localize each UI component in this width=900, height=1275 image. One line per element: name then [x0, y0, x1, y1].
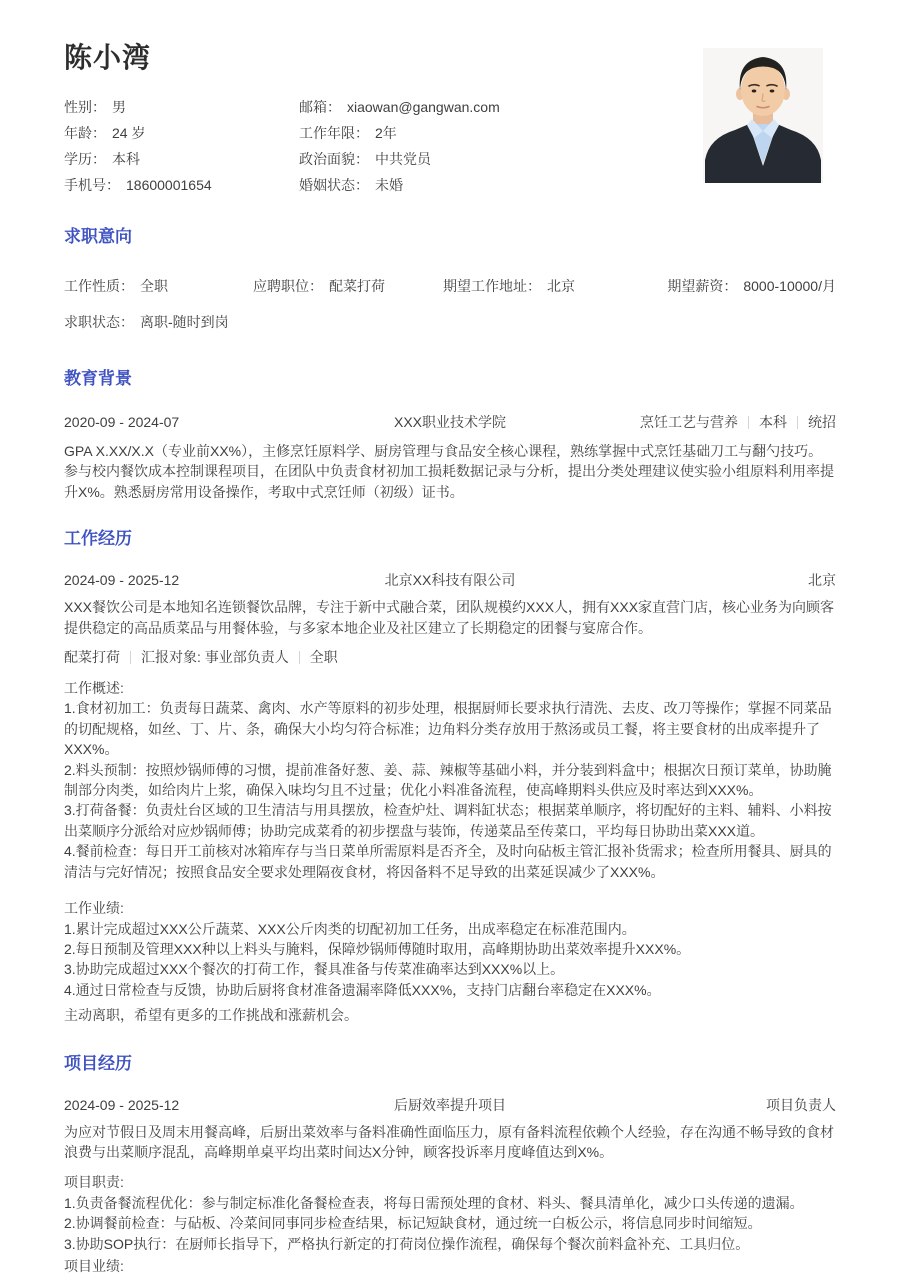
- work-position: 配菜打荷: [64, 647, 120, 667]
- info-field-gender: 性别： 男: [64, 94, 299, 120]
- section-job-intent: 求职意向 工作性质： 全职 应聘职位： 配菜打荷 期望工作地址： 北京 期望薪资…: [64, 226, 836, 332]
- info-label: 年龄：: [64, 123, 106, 143]
- info-value: 未婚: [375, 175, 403, 195]
- intent-field-position: 应聘职位： 配菜打荷: [253, 276, 443, 296]
- section-title-job-intent: 求职意向: [64, 226, 836, 248]
- info-label: 学历：: [64, 149, 106, 169]
- project-role: 项目负责人: [766, 1095, 836, 1115]
- section-title-work: 工作经历: [64, 528, 836, 550]
- work-employment-type: 全职: [310, 647, 338, 667]
- info-field-age: 年龄： 24 岁: [64, 120, 299, 146]
- work-position-row: 配菜打荷 汇报对象: 事业部负责人 全职: [64, 647, 836, 667]
- education-tags: 烹饪工艺与营养 本科 统招: [640, 412, 836, 432]
- work-leave-note: 主动离职，希望有更多的工作挑战和涨薪机会。: [64, 1005, 836, 1025]
- info-value: 18600001654: [126, 177, 212, 193]
- work-overview-item: 1.食材初加工：负责每日蔬菜、禽肉、水产等原料的初步处理，根据厨师长要求执行清洗…: [64, 698, 836, 759]
- info-value: 本科: [112, 149, 140, 169]
- info-label: 邮箱：: [299, 97, 341, 117]
- work-date: 2024-09 - 2025-12: [64, 570, 179, 590]
- job-intent-row: 工作性质： 全职 应聘职位： 配菜打荷 期望工作地址： 北京 期望薪资： 800…: [64, 276, 836, 296]
- intent-label: 期望薪资：: [667, 276, 737, 296]
- work-overview-item: 3.打荷备餐：负责灶台区域的卫生清洁与用具摆放，检查炉灶、调料缸状态；根据菜单顺…: [64, 800, 836, 841]
- work-company: 北京XX科技有限公司: [385, 570, 516, 590]
- divider: [748, 416, 749, 429]
- intent-field-status: 求职状态： 离职-随时到岗: [64, 312, 836, 332]
- education-description: GPA X.XX/X.X（专业前XX%），主修烹饪原料学、厨房管理与食品安全核心…: [64, 441, 836, 502]
- intent-value: 配菜打荷: [329, 276, 385, 296]
- project-results-title: 项目业绩:: [64, 1256, 836, 1275]
- intent-value: 离职-随时到岗: [140, 312, 229, 332]
- info-value: 男: [112, 97, 126, 117]
- intent-field-work-type: 工作性质： 全职: [64, 276, 253, 296]
- intent-value: 8000-10000/月: [743, 276, 836, 296]
- info-value: 2年: [375, 123, 397, 143]
- intent-label: 期望工作地址：: [443, 276, 541, 296]
- work-report-line: 汇报对象: 事业部负责人: [141, 647, 289, 667]
- info-label: 工作年限：: [299, 123, 369, 143]
- portrait-photo: [703, 48, 823, 183]
- info-label: 婚姻状态：: [299, 175, 369, 195]
- education-degree: 本科: [759, 412, 787, 432]
- section-project-experience: 项目经历 2024-09 - 2025-12 后厨效率提升项目 项目负责人 为应…: [64, 1053, 836, 1275]
- work-location: 北京: [808, 570, 836, 590]
- divider: [130, 651, 131, 664]
- project-name: 后厨效率提升项目: [394, 1095, 506, 1115]
- info-value: 中共党员: [375, 149, 431, 169]
- project-duties-title: 项目职责:: [64, 1172, 836, 1192]
- education-major: 烹饪工艺与营养: [640, 412, 738, 432]
- intent-label: 应聘职位：: [253, 276, 323, 296]
- info-field-experience-years: 工作年限： 2年: [299, 120, 500, 146]
- intent-value: 北京: [547, 276, 575, 296]
- education-school: XXX职业技术学院: [394, 412, 506, 432]
- section-title-project: 项目经历: [64, 1053, 836, 1075]
- section-work-experience: 工作经历 2024-09 - 2025-12 北京XX科技有限公司 北京 XXX…: [64, 528, 836, 1025]
- resume-page: 陈小湾 性别： 男 邮箱： xiaowan@gangwan.com 年龄： 24…: [0, 0, 900, 1275]
- info-field-marital-status: 婚姻状态： 未婚: [299, 172, 500, 198]
- info-label: 手机号：: [64, 175, 120, 195]
- work-company-intro: XXX餐饮公司是本地知名连锁餐饮品牌，专注于新中式融合菜，团队规模约XXX人，拥…: [64, 597, 836, 638]
- project-duties-block: 项目职责: 1.负责备餐流程优化：参与制定标准化备餐检查表，将每日需预处理的食材…: [64, 1172, 836, 1254]
- info-field-education: 学历： 本科: [64, 146, 299, 172]
- work-overview-item: 4.餐前检查：每日开工前核对冰箱库存与当日菜单所需原料是否齐全，及时向砧板主管汇…: [64, 841, 836, 882]
- intent-value: 全职: [140, 276, 168, 296]
- work-overview-item: 2.料头预制：按照炒锅师傅的习惯，提前准备好葱、姜、蒜、辣椒等基础小料，并分装到…: [64, 760, 836, 801]
- intent-field-location: 期望工作地址： 北京: [443, 276, 667, 296]
- project-duty-item: 2.协调餐前检查：与砧板、冷菜间同事同步检查结果，标记短缺食材，通过统一白板公示…: [64, 1213, 836, 1233]
- info-value: xiaowan@gangwan.com: [347, 99, 500, 115]
- intent-label: 求职状态：: [64, 312, 134, 332]
- work-result-item: 1.累计完成超过XXX公斤蔬菜、XXX公斤肉类的切配初加工任务，出成率稳定在标准…: [64, 919, 836, 939]
- work-overview-block: 工作概述: 1.食材初加工：负责每日蔬菜、禽肉、水产等原料的初步处理，根据厨师长…: [64, 678, 836, 882]
- section-education: 教育背景 2020-09 - 2024-07 XXX职业技术学院 烹饪工艺与营养…: [64, 368, 836, 502]
- project-meta-row: 2024-09 - 2025-12 后厨效率提升项目 项目负责人: [64, 1095, 836, 1115]
- work-result-item: 4.通过日常检查与反馈，协助后厨将食材准备遗漏率降低XXX%，支持门店翻台率稳定…: [64, 980, 836, 1000]
- info-field-email: 邮箱： xiaowan@gangwan.com: [299, 94, 500, 120]
- project-duty-item: 3.协助SOP执行：在厨师长指导下，严格执行新定的打荷岗位操作流程，确保每个餐次…: [64, 1234, 836, 1254]
- portrait-photo-illustration: [703, 48, 823, 183]
- info-field-phone: 手机号： 18600001654: [64, 172, 299, 198]
- project-duty-item: 1.负责备餐流程优化：参与制定标准化备餐检查表，将每日需预处理的食材、料头、餐具…: [64, 1193, 836, 1213]
- divider: [299, 651, 300, 664]
- work-results-block: 工作业绩: 1.累计完成超过XXX公斤蔬菜、XXX公斤肉类的切配初加工任务，出成…: [64, 898, 836, 1000]
- info-label: 性别：: [64, 97, 106, 117]
- work-overview-title: 工作概述:: [64, 678, 836, 698]
- work-results-title: 工作业绩:: [64, 898, 836, 918]
- project-background: 为应对节假日及周末用餐高峰，后厨出菜效率与备料准确性面临压力，原有备料流程依赖个…: [64, 1122, 836, 1163]
- info-field-political-status: 政治面貌： 中共党员: [299, 146, 500, 172]
- education-meta-row: 2020-09 - 2024-07 XXX职业技术学院 烹饪工艺与营养 本科 统…: [64, 412, 836, 432]
- education-date: 2020-09 - 2024-07: [64, 412, 179, 432]
- education-admission: 统招: [808, 412, 836, 432]
- intent-label: 工作性质：: [64, 276, 134, 296]
- info-label: 政治面貌：: [299, 149, 369, 169]
- work-meta-row: 2024-09 - 2025-12 北京XX科技有限公司 北京: [64, 570, 836, 590]
- project-date: 2024-09 - 2025-12: [64, 1095, 179, 1115]
- info-value: 24 岁: [112, 123, 145, 143]
- divider: [797, 416, 798, 429]
- intent-field-salary: 期望薪资： 8000-10000/月: [667, 276, 836, 296]
- work-result-item: 3.协助完成超过XXX个餐次的打荷工作，餐具准备与传菜准确率达到XXX%以上。: [64, 959, 836, 979]
- section-title-education: 教育背景: [64, 368, 836, 390]
- work-result-item: 2.每日预制及管理XXX种以上料头与腌料，保障炒锅师傅随时取用，高峰期协助出菜效…: [64, 939, 836, 959]
